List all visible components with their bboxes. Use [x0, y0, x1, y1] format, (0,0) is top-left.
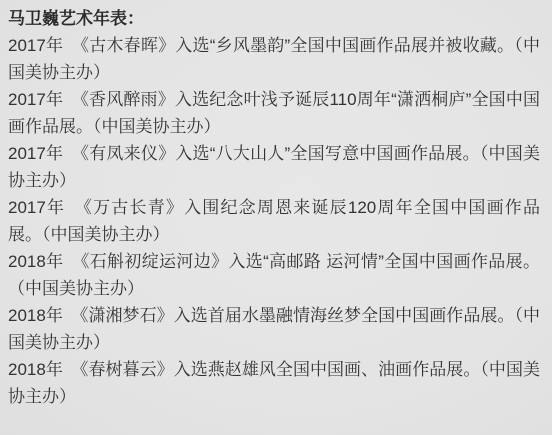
chronology-page: 马卫巍艺术年表： 2017年 《古木春晖》入选“乡风墨韵”全国中国画作品展并被收…	[0, 0, 552, 435]
chronology-entry-2: 2017年 《香风醉雨》入选纪念叶浅予诞辰110周年“潇洒桐庐”全国中国画作品展…	[8, 86, 540, 140]
chronology-entry-7: 2018年 《春树暮云》入选燕赵雄风全国中国画、油画作品展。（中国美协主办）	[8, 356, 540, 410]
chronology-entry-3: 2017年 《有凤来仪》入选“八大山人”全国写意中国画作品展。（中国美协主办）	[8, 140, 540, 194]
page-title: 马卫巍艺术年表：	[8, 5, 540, 32]
chronology-entry-6: 2018年 《潇湘梦石》入选首届水墨融情海丝梦全国中国画作品展。（中国美协主办）	[8, 302, 540, 356]
chronology-entry-4: 2017年 《万古长青》入围纪念周恩来诞辰120周年全国中国画作品展。（中国美协…	[8, 194, 540, 248]
chronology-entry-1: 2017年 《古木春晖》入选“乡风墨韵”全国中国画作品展并被收藏。（中国美协主办…	[8, 32, 540, 86]
chronology-entry-5: 2018年 《石斛初绽运河边》入选“高邮路 运河情”全国中国画作品展。（中国美协…	[8, 248, 540, 302]
